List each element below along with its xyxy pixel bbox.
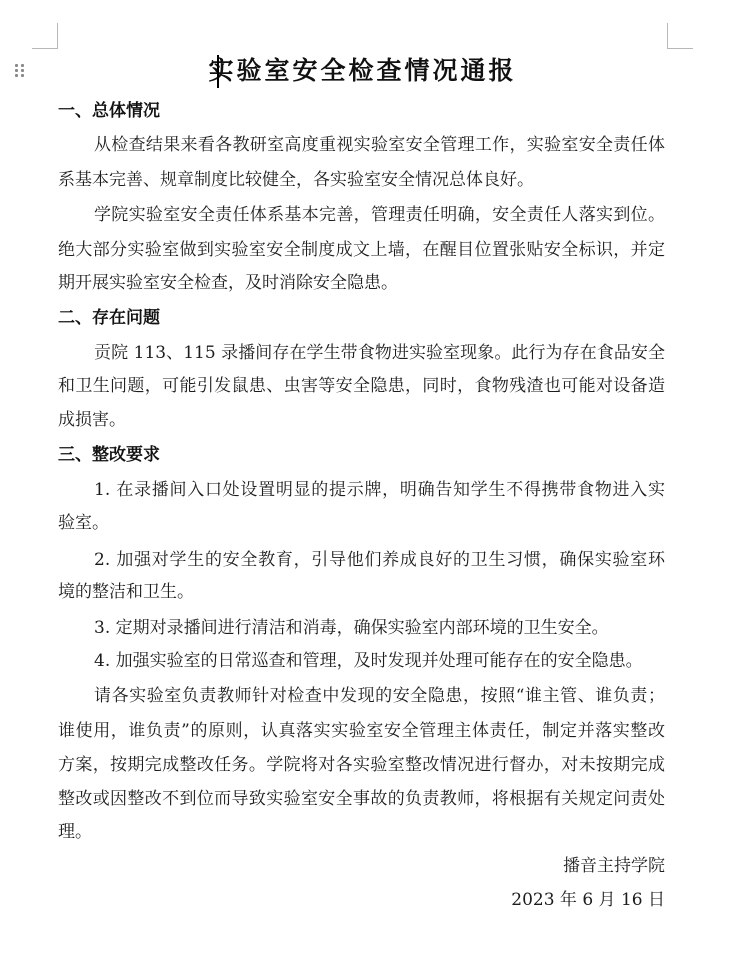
paragraph-line[interactable]: 和卫生问题，可能引发鼠患、虫害等安全隐患，同时，食物残渣也可能对设备造 xyxy=(58,371,665,401)
paragraph-line[interactable]: 请各实验室负责教师针对检查中发现的安全隐患，按照“谁主管、谁负责； xyxy=(94,681,665,711)
paragraph-line[interactable]: 期开展实验室安全检查，及时消除安全隐患。 xyxy=(58,268,665,298)
paragraph-line[interactable]: 绝大部分实验室做到实验室安全制度成文上墙，在醒目位置张贴安全标识，并定 xyxy=(58,235,665,265)
paragraph-line[interactable]: 方案，按期完成整改任务。学院将对各实验室整改情况进行督办，对未按期完成 xyxy=(58,750,665,780)
paragraph-line[interactable]: 系基本完善、规章制度比较健全，各实验室安全情况总体良好。 xyxy=(58,165,665,195)
list-item-line[interactable]: 境的整洁和卫生。 xyxy=(58,577,665,607)
list-item-line[interactable]: 2. 加强对学生的安全教育，引导他们养成良好的卫生习惯，确保实验室环 xyxy=(94,545,665,575)
document-title[interactable]: 实验室安全检查情况通报 xyxy=(0,53,725,89)
date[interactable]: 2023 年 6 月 16 日 xyxy=(58,885,665,915)
paragraph-line[interactable]: 整改或因整改不到位而导致实验室安全事故的负责教师，将根据有关规定问责处 xyxy=(58,784,665,814)
section-heading[interactable]: 三、整改要求 xyxy=(58,440,665,470)
paragraph-line[interactable]: 成损害。 xyxy=(58,405,665,435)
list-item-line[interactable]: 4. 加强实验室的日常巡查和管理，及时发现并处理可能存在的安全隐患。 xyxy=(94,646,665,676)
list-item-line[interactable]: 验室。 xyxy=(58,508,665,538)
section-heading[interactable]: 一、总体情况 xyxy=(58,96,665,126)
paragraph-line[interactable]: 理。 xyxy=(58,817,665,847)
list-item-line[interactable]: 1. 在录播间入口处设置明显的提示牌，明确告知学生不得携带食物进入实 xyxy=(94,475,665,505)
list-item-line[interactable]: 3. 定期对录播间进行清洁和消毒，确保实验室内部环境的卫生安全。 xyxy=(94,613,665,643)
signature[interactable]: 播音主持学院 xyxy=(58,851,665,881)
paragraph-line[interactable]: 谁使用，谁负责”的原则，认真落实实验室安全管理主体责任，制定并落实整改 xyxy=(58,716,665,746)
paragraph-line[interactable]: 从检查结果来看各教研室高度重视实验室安全管理工作，实验室安全责任体 xyxy=(94,130,665,160)
top-left-margin-corner-icon xyxy=(32,23,58,49)
top-right-margin-corner-icon xyxy=(667,23,693,49)
paragraph-line[interactable]: 学院实验室安全责任体系基本完善，管理责任明确，安全责任人落实到位。 xyxy=(94,200,665,230)
section-heading[interactable]: 二、存在问题 xyxy=(58,303,665,333)
text-cursor xyxy=(217,55,219,88)
paragraph-line[interactable]: 贡院 113、115 录播间存在学生带食物进实验室现象。此行为存在食品安全 xyxy=(94,338,665,368)
